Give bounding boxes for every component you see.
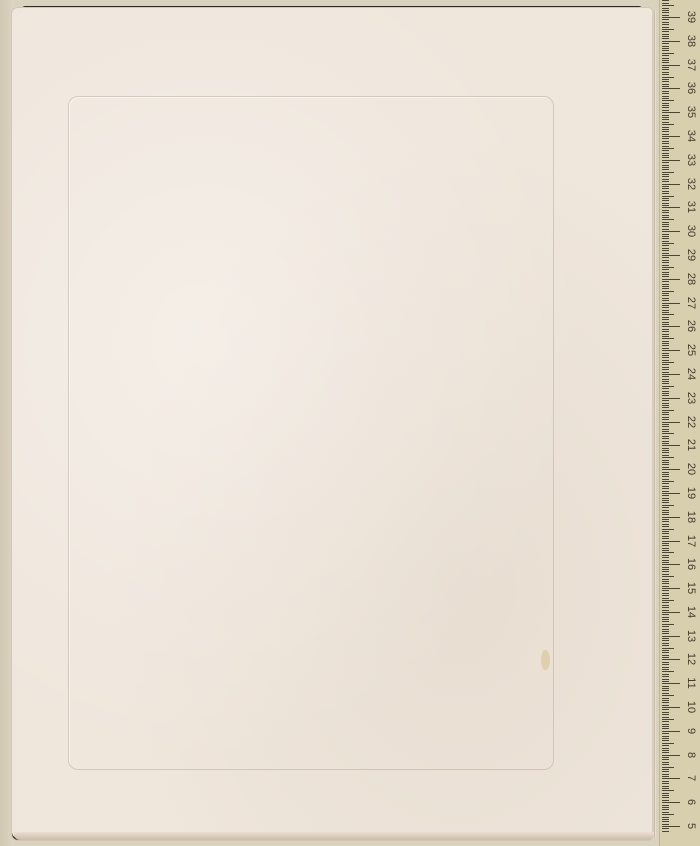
ruler-tick [662,307,669,308]
ruler-tick [662,712,669,713]
ruler-tick [662,733,669,734]
ruler-tick [662,174,669,175]
ruler-tick [662,590,669,591]
ruler-tick [662,655,669,656]
ruler-tick [662,8,669,9]
ruler-tick [662,77,674,78]
ruler-tick [662,88,680,89]
ruler-tick [662,350,680,351]
ruler-tick [662,500,669,501]
ruler-tick [662,255,680,256]
ruler-tick [662,488,669,489]
ruler-tick [662,131,669,132]
ruler-tick [662,633,669,634]
ruler-tick [662,103,669,104]
ruler-label: 14 [684,603,698,621]
ruler-tick [662,814,674,815]
ruler-tick [662,98,669,99]
ruler-tick [662,38,669,39]
ruler-tick [662,657,669,658]
ruler-tick [662,386,674,387]
ruler-tick [662,331,669,332]
ruler-tick [662,726,669,727]
ruler-tick [662,400,669,401]
ruler-tick [662,750,669,751]
ruler-label: 12 [684,650,698,668]
ruler-tick [662,476,669,477]
ruler-tick [662,436,669,437]
ruler-tick [662,245,669,246]
ruler-tick [662,210,669,211]
ruler-tick [662,295,669,296]
ruler-tick [662,510,669,511]
ruler-tick [662,60,669,61]
ruler-tick [662,150,669,151]
ruler-tick [662,805,669,806]
ruler-tick [662,179,669,180]
ruler-tick [662,303,680,304]
ruler-label: 34 [684,127,698,145]
ruler-tick [662,310,669,311]
ruler-tick [662,153,669,154]
ruler-tick [662,662,669,663]
ruler-tick [662,272,669,273]
ruler-tick [662,357,669,358]
ruler-tick [662,343,669,344]
ruler-tick [662,67,669,68]
ruler-tick [662,200,669,201]
ruler-tick [662,776,669,777]
ruler-tick [662,681,669,682]
ruler-label: 13 [684,627,698,645]
ruler-tick [662,55,669,56]
ruler-label: 33 [684,151,698,169]
ruler-tick [662,748,669,749]
ruler-tick [662,802,680,803]
ruler-tick [662,809,669,810]
ruler-tick [662,165,669,166]
ruler-tick [662,629,669,630]
ruler-tick [662,812,669,813]
ruler-tick [662,581,669,582]
ruler-tick [662,643,669,644]
ruler-tick [662,203,669,204]
ruler-tick [662,669,669,670]
ruler-tick [662,172,674,173]
ruler-tick [662,457,674,458]
ruler-tick [662,198,669,199]
ruler-tick [662,46,669,47]
ruler-tick [662,345,669,346]
ruler-tick [662,740,669,741]
ruler-tick [662,800,669,801]
ruler-tick [662,157,669,158]
ruler-tick [662,464,669,465]
ruler-tick [662,334,669,335]
ruler-tick [662,105,669,106]
ruler-tick [662,640,669,641]
ruler-tick [662,781,669,782]
ruler-tick [662,124,674,125]
ruler-tick [662,136,680,137]
ruler-tick [662,338,674,339]
ruler-tick [662,262,669,263]
ruler-tick [662,771,669,772]
ruler-tick [662,717,669,718]
ruler-tick [662,424,669,425]
ruler-label: 29 [684,246,698,264]
ruler-tick [662,24,669,25]
ruler-tick [662,403,669,404]
ruler-tick [662,191,669,192]
ruler-tick [662,762,669,763]
ruler-tick [662,253,669,254]
ruler-tick [662,755,680,756]
ruler-tick [662,119,669,120]
ruler-tick [662,412,669,413]
ruler-tick [662,286,669,287]
ruler-tick [662,241,669,242]
ruler-tick [662,417,669,418]
ruler-tick [662,267,674,268]
ruler-tick [662,567,669,568]
ruler-tick [662,41,680,42]
ruler-tick [662,569,669,570]
ruler-tick [662,348,669,349]
ruler-tick [662,17,680,18]
ruler-tick [662,184,680,185]
ruler-tick [662,284,669,285]
ruler-tick [662,141,669,142]
ruler-tick [662,196,674,197]
ruler-tick [662,10,669,11]
ruler-tick [662,419,669,420]
ruler-tick [662,790,674,791]
ruler-tick [662,605,669,606]
ruler-tick [662,319,669,320]
ruler-label: 38 [684,32,698,50]
ruler-label: 36 [684,79,698,97]
ruler-tick [662,493,680,494]
ruler-tick [662,695,674,696]
ruler-label: 35 [684,103,698,121]
ruler-tick [662,728,669,729]
ruler-tick [662,86,669,87]
ruler-tick [662,664,669,665]
ruler-tick [662,752,669,753]
ruler-tick [662,610,669,611]
ruler-tick [662,226,669,227]
ruler-label: 32 [684,175,698,193]
ruler-tick [662,536,669,537]
ruler-tick [662,215,669,216]
ruler-tick [662,22,669,23]
ruler-tick [662,231,680,232]
ruler: 3938373635343332313029282726252423222120… [659,0,700,846]
ruler-label: 8 [684,746,698,764]
ruler-tick [662,600,674,601]
ruler-tick [662,229,669,230]
ruler-tick [662,676,669,677]
ruler-tick [662,483,669,484]
ruler-tick [662,824,669,825]
ruler-label: 18 [684,508,698,526]
ruler-tick [662,329,669,330]
ruler-tick [662,793,669,794]
ruler-tick [662,429,669,430]
ruler-tick [662,757,669,758]
ruler-tick [662,769,669,770]
ruler-tick [662,160,680,161]
ruler-tick [662,0,669,1]
ruler-label: 26 [684,317,698,335]
ruler-tick [662,367,669,368]
ruler-tick [662,143,669,144]
ruler-label: 6 [684,793,698,811]
ruler-tick [662,53,674,54]
ruler-tick [662,391,669,392]
ruler-tick [662,69,669,70]
ruler-tick [662,819,669,820]
ruler-tick [662,193,669,194]
ruler-tick [662,481,674,482]
ruler-tick [662,602,669,603]
ruler-tick [662,326,680,327]
ruler-tick [662,62,669,63]
ruler-tick [662,81,669,82]
ruler-label: 9 [684,722,698,740]
ruler-tick [662,598,669,599]
ruler-tick [662,100,674,101]
ruler-tick [662,702,669,703]
ruler-tick [662,467,669,468]
ruler-tick [662,5,674,6]
ruler-tick [662,443,669,444]
ruler-tick [662,778,680,779]
paper-stain [541,650,550,670]
ruler-tick [662,362,674,363]
ruler-tick [662,783,669,784]
ruler-label: 7 [684,769,698,787]
ruler-tick [662,12,669,13]
ruler-tick [662,274,669,275]
ruler-tick [662,707,680,708]
ruler-tick [662,410,674,411]
ruler-tick [662,738,669,739]
ruler-tick [662,519,669,520]
ruler-tick [662,607,669,608]
ruler-tick [662,469,680,470]
ruler-tick [662,460,669,461]
ruler-tick [662,786,669,787]
ruler-tick [662,576,674,577]
ruler-tick [662,31,669,32]
ruler-tick [662,486,669,487]
ruler-tick [662,614,669,615]
ruler-tick [662,555,669,556]
ruler-tick [662,652,669,653]
ruler-tick [662,548,669,549]
ruler-tick [662,317,669,318]
ruler-tick [662,472,669,473]
ruler-tick [662,422,680,423]
ruler-label: 11 [684,674,698,692]
ruler-tick [662,498,669,499]
ruler-tick [662,293,669,294]
ruler-label: 31 [684,198,698,216]
ruler-label: 37 [684,56,698,74]
ruler-tick [662,376,669,377]
ruler-tick [662,236,669,237]
ruler-tick [662,300,669,301]
ruler-tick [662,269,669,270]
ruler-tick [662,224,669,225]
ruler-tick [662,110,669,111]
ruler-tick [662,507,669,508]
ruler-tick [662,134,669,135]
ruler-tick [662,155,669,156]
ruler-tick [662,690,669,691]
ruler-label: 16 [684,555,698,573]
ruler-tick [662,181,669,182]
ruler-tick [662,433,674,434]
ruler-tick [662,243,674,244]
ruler-tick [662,671,674,672]
ruler-tick [662,526,669,527]
ruler-tick [662,593,669,594]
ruler-tick [662,336,669,337]
ruler-tick [662,612,680,613]
ruler-tick [662,148,674,149]
ruler-tick [662,276,669,277]
ruler-tick [662,381,669,382]
ruler-tick [662,788,669,789]
ruler-tick [662,65,680,66]
ruler-tick [662,34,669,35]
ruler-tick [662,305,669,306]
ruler-tick [662,217,669,218]
ruler-tick [662,122,669,123]
ruler-tick [662,736,669,737]
ruler-tick [662,474,669,475]
ruler-tick [662,322,669,323]
ruler-tick [662,502,669,503]
ruler-label: 23 [684,389,698,407]
ruler-tick [662,167,669,168]
ruler-tick [662,383,669,384]
ruler-tick [662,586,669,587]
ruler-tick [662,571,669,572]
ruler-tick [662,686,669,687]
ruler-tick [662,50,669,51]
ruler-tick [662,438,669,439]
ruler-tick [662,714,669,715]
ruler-tick [662,279,680,280]
ruler-tick [662,353,669,354]
ruler-tick [662,693,669,694]
ruler-tick [662,545,669,546]
ruler-tick [662,638,669,639]
ruler-tick [662,619,669,620]
ruler-tick [662,36,669,37]
ruler-tick [662,27,669,28]
ruler-tick [662,3,669,4]
ruler-tick [662,127,669,128]
ruler-tick [662,205,669,206]
ruler-tick [662,450,669,451]
ruler-tick [662,479,669,480]
ruler-tick [662,529,674,530]
ruler-tick [662,624,674,625]
ruler-tick [662,674,669,675]
ruler-tick [662,360,669,361]
ruler-label: 39 [684,8,698,26]
page-bottom-edge [14,832,654,840]
ruler-tick [662,583,669,584]
ruler-tick [662,405,669,406]
ruler-label: 19 [684,484,698,502]
ruler-tick [662,636,680,637]
ruler-tick [662,774,669,775]
ruler-tick [662,562,669,563]
ruler-tick [662,112,680,113]
ruler-tick [662,550,669,551]
ruler-tick [662,260,669,261]
ruler-label: 22 [684,413,698,431]
ruler-tick [662,234,669,235]
ruler-label: 24 [684,365,698,383]
ruler-label: 10 [684,698,698,716]
ruler-tick [662,719,674,720]
ruler-tick [662,19,669,20]
ruler-tick [662,564,680,565]
ruler-tick [662,250,669,251]
ruler-tick [662,650,669,651]
ruler-tick [662,700,669,701]
ruler-tick [662,138,669,139]
ruler-label: 20 [684,460,698,478]
ruler-tick [662,43,669,44]
ruler-tick [662,291,674,292]
ruler-tick [662,312,669,313]
ruler-tick [662,117,669,118]
ruler-tick [662,257,669,258]
ruler-tick [662,543,669,544]
ruler-tick [662,374,680,375]
ruler-tick [662,58,669,59]
ruler-tick [662,107,669,108]
ruler-tick [662,281,669,282]
ruler-tick [662,621,669,622]
ruler-tick [662,248,669,249]
ruler-tick [662,238,669,239]
ruler-tick [662,821,669,822]
ruler-tick [662,186,669,187]
ruler-tick [662,683,680,684]
ruler-tick [662,688,669,689]
ruler-tick [662,372,669,373]
ruler-tick [662,705,669,706]
ruler-tick [662,759,669,760]
ruler-label: 21 [684,436,698,454]
ruler-tick [662,517,680,518]
ruler-tick [662,495,669,496]
ruler-tick [662,393,669,394]
ruler-tick [662,222,669,223]
ruler-tick [662,524,669,525]
ruler-tick [662,521,669,522]
ruler-tick [662,398,680,399]
